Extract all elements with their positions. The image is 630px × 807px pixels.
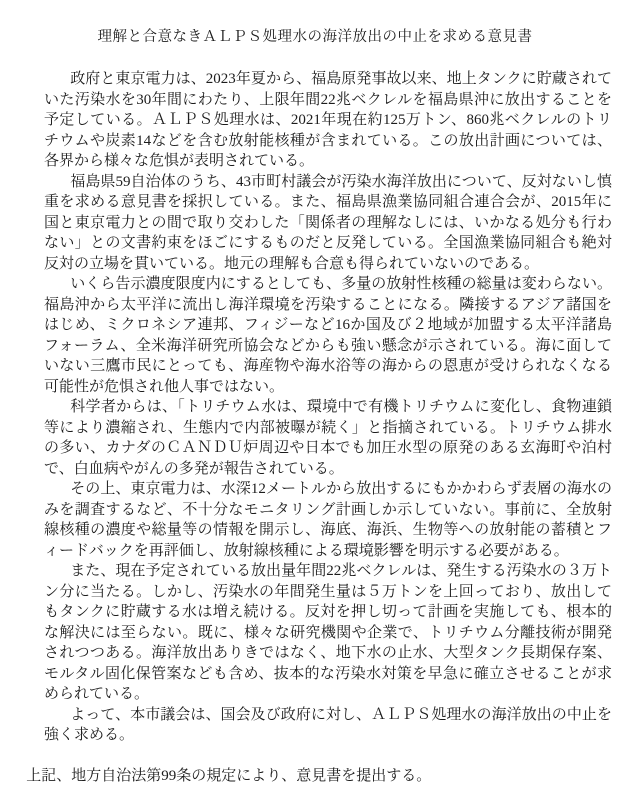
document-body: 政府と東京電力は、2023年夏から、福島原発事故以来、地上タンクに貯蔵されていた… bbox=[44, 69, 612, 746]
paragraph: 福島県59自治体のうち、43市町村議会が汚染水海洋放出について、反対ないし慎重を… bbox=[44, 172, 612, 275]
closing-statement: 上記、地方自治法第99条の規定により、意見書を提出する。 bbox=[0, 766, 630, 787]
paragraph: いくら告示濃度限度内にするとしても、多量の放射性核種の総量は変わらない。福島沖か… bbox=[44, 274, 612, 397]
paragraph: 科学者からは、「トリチウム水は、環境中で有機トリチウムに変化し、食物連鎖等により… bbox=[44, 397, 612, 479]
document-title: 理解と合意なきＡＬＰＳ処理水の海洋放出の中止を求める意見書 bbox=[0, 0, 630, 48]
paragraph: また、現在予定されている放出量年間22兆ベクレルは、発生する汚染水の３万トン分に… bbox=[44, 561, 612, 705]
paragraph: 政府と東京電力は、2023年夏から、福島原発事故以来、地上タンクに貯蔵されていた… bbox=[44, 69, 612, 172]
document-page: 理解と合意なきＡＬＰＳ処理水の海洋放出の中止を求める意見書 政府と東京電力は、2… bbox=[0, 0, 630, 807]
paragraph: その上、東京電力は、水深12メートルから放出するにもかかわらず表層の海水のみを調… bbox=[44, 479, 612, 561]
paragraph: よって、本市議会は、国会及び政府に対し、ＡＬＰＳ処理水の海洋放出の中止を強く求め… bbox=[44, 705, 612, 746]
